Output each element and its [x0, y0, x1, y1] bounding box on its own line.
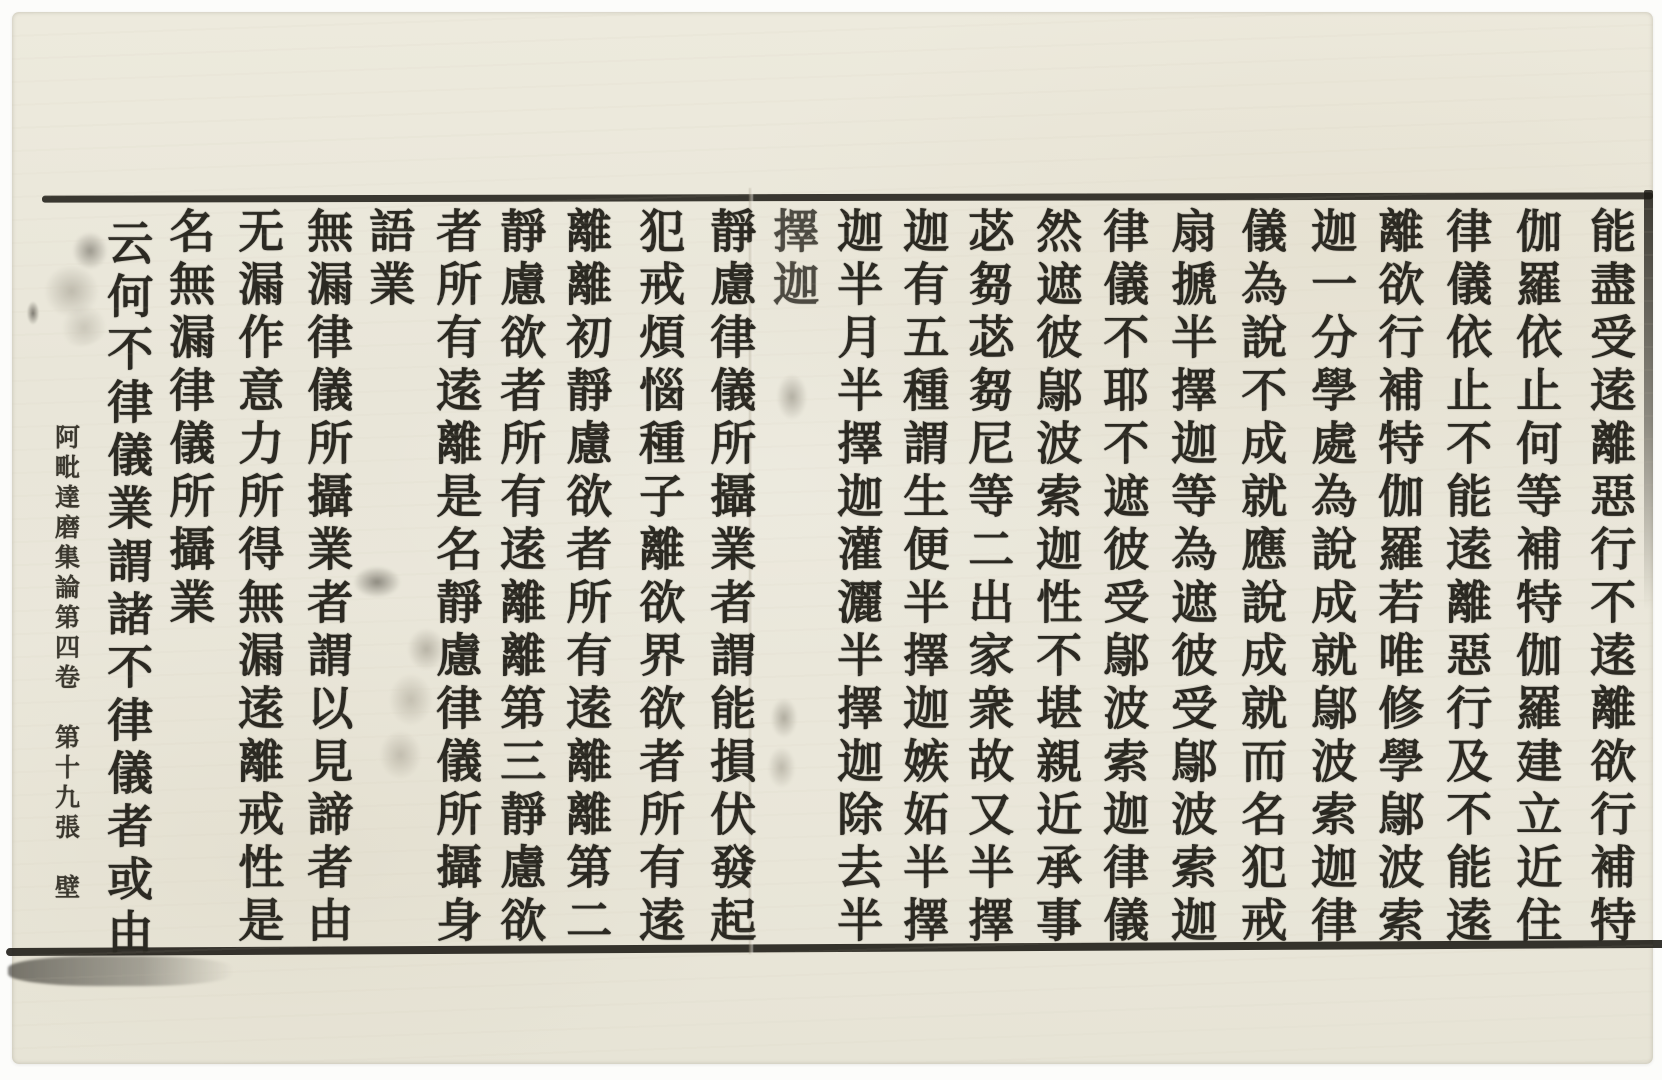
text-column: 云何不律儀業謂諸不律儀者或由 [99, 219, 153, 961]
text-column: 扇搋半擇迦等為遮彼受鄔波索迦 [1163, 207, 1217, 949]
right-border-rule [1644, 190, 1653, 610]
text-column: 離欲行補特伽羅若唯修學鄔波索 [1370, 207, 1424, 949]
text-column: 儀為說不成就應說成就而名犯戒 [1233, 207, 1287, 949]
text-column: 擇迦 [765, 207, 819, 313]
text-column: 苾芻苾芻尼等二出家衆故又半擇 [960, 207, 1014, 949]
top-border-rule [42, 192, 1653, 202]
text-column: 離離初靜慮欲者所有逺離離第二 [558, 207, 612, 949]
text-column: 律儀依止不能逺離惡行及不能逺 [1438, 207, 1492, 949]
text-column: 迦有五種謂生便半擇迦嫉妬半擇 [895, 207, 949, 949]
ink-smudge [344, 560, 410, 604]
ink-smudge [24, 296, 42, 330]
text-column: 迦一分學處為說成就鄔波索迦律 [1303, 207, 1357, 949]
text-column: 者所有逺離是名靜慮律儀所攝身 [428, 207, 482, 949]
text-column: 律儀不耶不遮彼受鄔波索迦律儀 [1095, 207, 1149, 949]
text-column: 名無漏律儀所攝業 [161, 207, 215, 631]
text-column: 無漏律儀所攝業者謂以見諦者由 [299, 207, 353, 949]
paper-sheet: 能盡受逺離惡行不逺離欲行補特 伽羅依止何等補特伽羅建立近住 律儀依止不能逺離惡行… [12, 12, 1653, 1064]
text-column: 語業 [361, 207, 415, 313]
text-column: 然遮彼鄔波索迦性不堪親近承事 [1028, 207, 1082, 949]
scanned-page: 能盡受逺離惡行不逺離欲行補特 伽羅依止何等補特伽羅建立近住 律儀依止不能逺離惡行… [0, 0, 1662, 1080]
text-column: 能盡受逺離惡行不逺離欲行補特 [1582, 207, 1636, 949]
text-column: 犯戒煩惱種子離欲界欲者所有逺 [631, 207, 685, 949]
margin-colophon: 阿毗達磨集論第四卷 第十九張 壁 [50, 424, 80, 904]
text-column: 伽羅依止何等補特伽羅建立近住 [1508, 207, 1562, 949]
text-column: 靜慮律儀所攝業者謂能損伏發起 [702, 207, 756, 949]
text-column: 迦半月半擇迦灌灑半擇迦除去半 [829, 207, 883, 949]
ink-smudge [770, 364, 814, 430]
text-column: 无漏作意力所得無漏逺離戒性是 [230, 207, 284, 949]
ink-smudge [760, 696, 808, 806]
text-column: 靜慮欲者所有逺離離第三靜慮欲 [492, 207, 546, 949]
